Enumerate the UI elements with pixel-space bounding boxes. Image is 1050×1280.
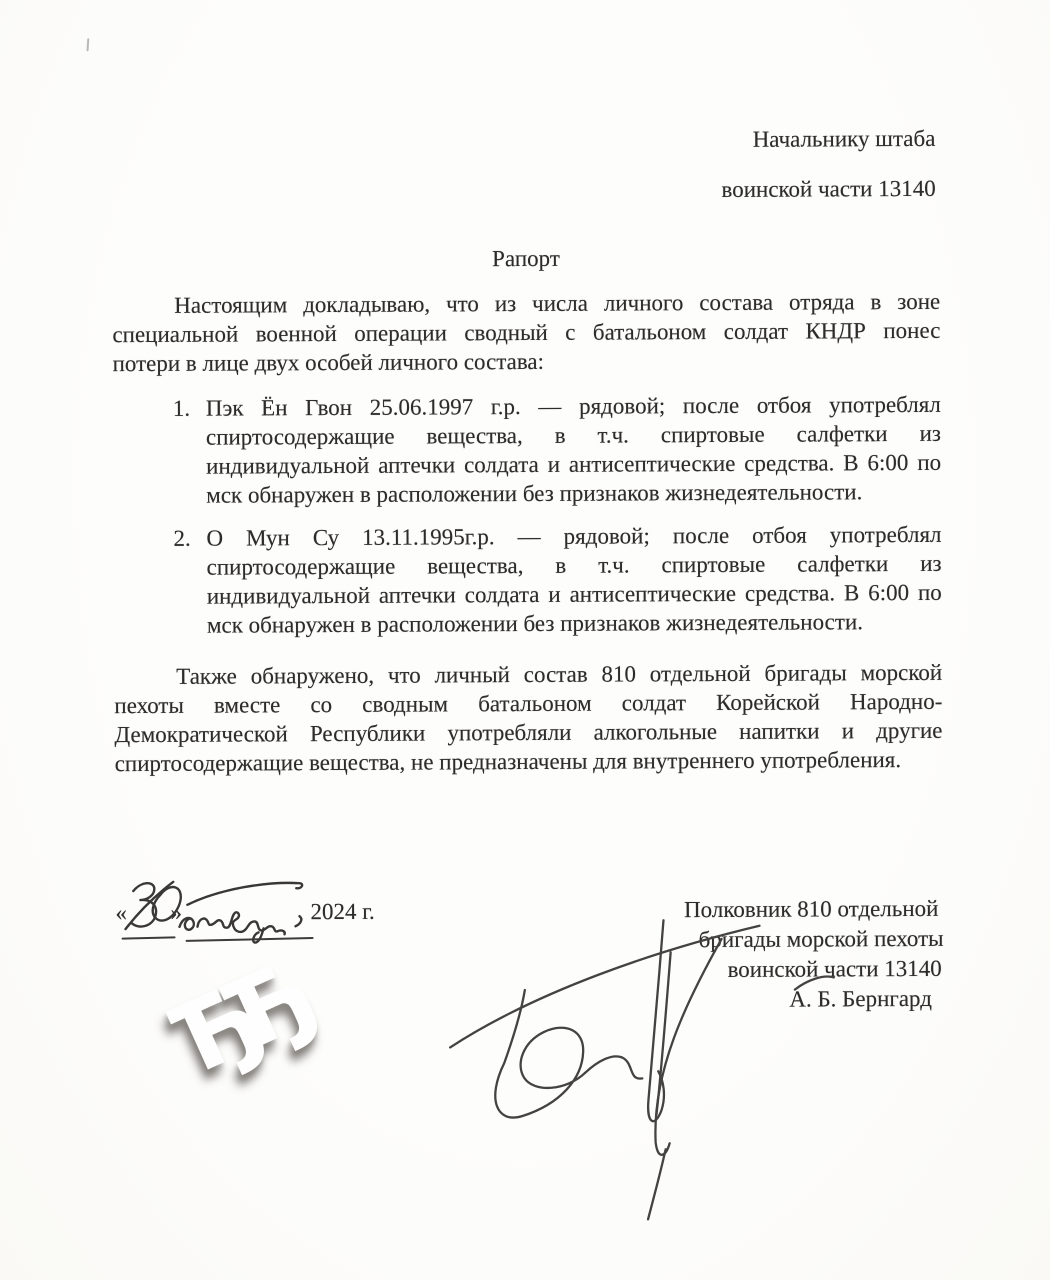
text-line: спиртосодержащие вещества, в т.ч. спирто…: [207, 549, 942, 582]
date-line: « » 2024 г.: [115, 885, 435, 967]
numbered-item-1: 1. Пэк Ён Гвон 25.06.1997 г.р. — рядовой…: [113, 390, 942, 510]
text-line: спиртосодержащие вещества, не предназнач…: [115, 745, 943, 778]
document-title: Рапорт: [112, 242, 940, 275]
numbered-item-2: 2. О Мун Су 13.11.1995г.р. — рядовой; по…: [113, 520, 942, 640]
item-text: Пэк Ён Гвон 25.06.1997 г.р. — рядовой; п…: [206, 390, 942, 510]
handwritten-month: [175, 870, 315, 949]
text-line: Также обнаружено, что личный состав 810 …: [114, 658, 942, 691]
paragraph-intro: Настоящим докладываю, что из числа лично…: [112, 287, 940, 378]
text-line: потери в лице двух особей личного состав…: [112, 345, 940, 378]
item-number: 2.: [173, 524, 190, 553]
text-line: Демократической Республики употребляли а…: [114, 716, 942, 749]
text-line: Начальнику штаба: [721, 114, 935, 165]
text-line: мск обнаружен в расположении без признак…: [206, 477, 941, 510]
item-text: О Мун Су 13.11.1995г.р. — рядовой; после…: [206, 520, 942, 640]
signature-scrawl: [421, 893, 863, 1235]
addressee-block: Начальнику штабавоинской части 13140: [721, 114, 936, 215]
paragraph-also-found: Также обнаружено, что личный состав 810 …: [114, 658, 943, 778]
text-line: Пэк Ён Гвон 25.06.1997 г.р. — рядовой; п…: [206, 390, 941, 423]
text-line: пехоты вместе со сводным батальоном солд…: [114, 687, 942, 720]
text-line: специальной военной операции сводный с б…: [112, 316, 940, 349]
watermark-text: ЂЂ: [157, 947, 309, 1097]
text-line: спиртосодержащие вещества, в т.ч. спирто…: [206, 419, 941, 452]
text-line: индивидуальной аптечки солдата и антисеп…: [207, 578, 942, 611]
scanned-report-page: ЂЂ Начальнику штабавоинской части 13140 …: [0, 0, 1050, 1280]
scan-content: ЂЂ Начальнику штабавоинской части 13140 …: [0, 0, 1050, 1280]
text-line: индивидуальной аптечки солдата и антисеп…: [206, 448, 941, 481]
text-line: О Мун Су 13.11.1995г.р. — рядовой; после…: [206, 520, 941, 553]
scan-artifact: [86, 38, 89, 51]
text-line: воинской части 13140: [721, 164, 935, 215]
item-number: 1.: [173, 394, 190, 423]
text-line: мск обнаружен в расположении без признак…: [207, 607, 942, 640]
text-line: Настоящим докладываю, что из числа лично…: [112, 287, 940, 320]
date-year: 2024 г.: [310, 899, 374, 925]
